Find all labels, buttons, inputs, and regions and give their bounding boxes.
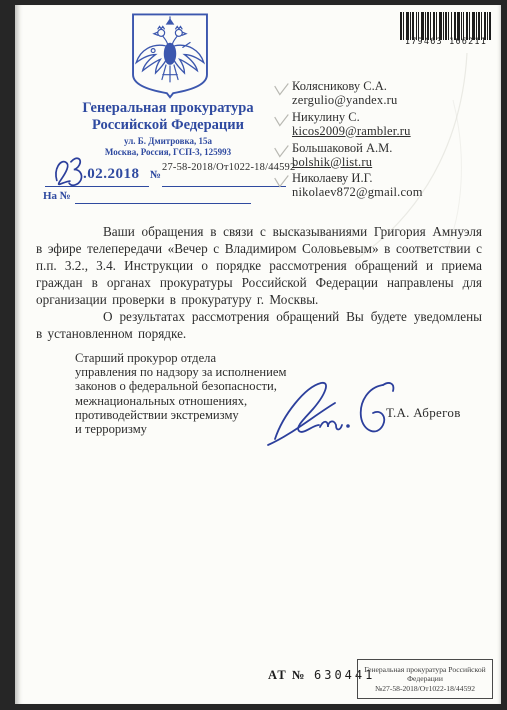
stamp-line1: Генеральная прокуратура Российской [361, 665, 489, 674]
checkmark-icon [273, 174, 290, 189]
handwritten-signature [263, 373, 405, 457]
recipient-4: Николаеву И.Г. nikolaev872@gmail.com [292, 172, 492, 199]
reply-underline [75, 203, 251, 204]
reply-to-label: На № [43, 190, 71, 202]
signer-title-line: Старший прокурор отдела [75, 351, 305, 365]
recipient-name: Большаковой А.М. [292, 142, 492, 156]
checkmark-icon [273, 113, 290, 128]
recipient-email: bolshik@list.ru [292, 156, 492, 170]
recipient-name: Колясникову С.А. [292, 80, 492, 94]
barcode: 179463 106211 [400, 12, 492, 47]
scanned-letter: 179463 106211 [0, 0, 507, 710]
recipient-email: zergulio@yandex.ru [292, 94, 492, 108]
barcode-digits: 179463 106211 [400, 37, 492, 47]
checkmark-icon [273, 144, 290, 159]
recipient-name: Николаеву И.Г. [292, 172, 492, 186]
coat-of-arms-icon [127, 12, 213, 102]
date-underline [45, 186, 149, 187]
barcode-bars [400, 12, 492, 40]
recipient-email: kicos2009@rambler.ru [292, 125, 492, 139]
recipient-name: Никулину С. [292, 111, 492, 125]
body-paragraph-2: О результатах рассмотрения обращений Вы … [36, 308, 482, 342]
signer-name: Т.А. Абрегов [386, 405, 461, 421]
number-underline [162, 186, 286, 187]
recipient-1: Колясникову С.А. zergulio@yandex.ru [292, 80, 492, 107]
recipient-3: Большаковой А.М. bolshik@list.ru [292, 142, 492, 169]
org-name-line2: Российской Федерации [53, 117, 283, 134]
outgoing-number: 27-58-2018/От1022-18/44592 [162, 162, 295, 173]
recipient-email: nikolaev872@gmail.com [292, 186, 492, 200]
number-sign: № [150, 169, 161, 181]
recipient-2: Никулину С. kicos2009@rambler.ru [292, 111, 492, 138]
stamp-line3: №27-58-2018/От1022-18/44592 [361, 684, 489, 693]
letter-body: Ваши обращения в связи с высказываниями … [36, 223, 482, 342]
org-name: Генеральная прокуратура Российской Федер… [53, 100, 283, 134]
date-printed: .02.2018 [83, 166, 140, 183]
registration-stamp: Генеральная прокуратура Российской Федер… [357, 659, 493, 699]
org-address-line1: ул. Б. Дмитровка, 15а [53, 136, 283, 147]
document-page: 179463 106211 [15, 5, 501, 704]
form-series-label: АТ № [268, 668, 306, 683]
checkmark-icon [273, 82, 290, 97]
org-name-line1: Генеральная прокуратура [53, 100, 283, 117]
stamp-line2: Федерации [361, 674, 489, 683]
body-paragraph-1: Ваши обращения в связи с высказываниями … [36, 223, 482, 308]
